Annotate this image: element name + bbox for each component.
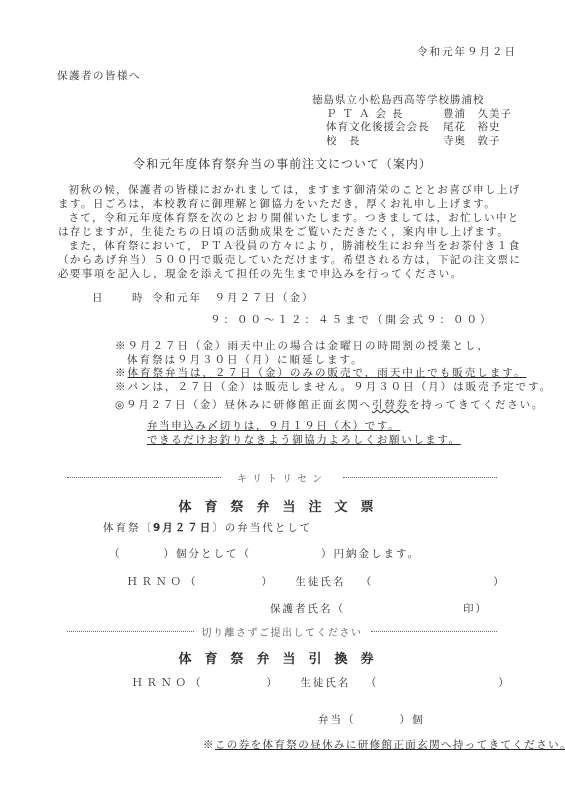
guardian-line: 保護者氏名（印） — [270, 601, 488, 616]
schedule-date: 令和元年 ９月２７日（金） — [152, 290, 315, 305]
sender-name: 豊浦 久美子 — [443, 108, 512, 122]
school-name: 徳島県立小松島西高等学校勝浦校 — [312, 94, 512, 108]
order-form-line: 体育祭〔9月２７日〕の弁当代として — [103, 520, 312, 535]
sender-role: 校 長 — [312, 135, 443, 149]
note-item: ※パンは，２７日（金）は販売しません。９月３０日（月）は販売予定です。 — [115, 381, 552, 395]
order-amount-line: （）個分として（）円納金します。 — [109, 546, 420, 561]
paragraph: また，体育祭において，ＰＴＡ役員の方々により，勝浦校生にお弁当をお茶付き１食（か… — [58, 239, 528, 281]
note-item: ※９月２７日（金）雨天中止の場合は金曜日の時間割の授業とし， — [115, 340, 552, 354]
addressee: 保護者の皆様へ — [57, 68, 141, 83]
pickup-instruction: ◎９月２７日（金）昼休みに研修館正面玄関へ引替券を持ってきてください。 — [115, 397, 544, 412]
cut-line: キリトリセン — [67, 470, 497, 485]
sender-block: 徳島県立小松島西高等学校勝浦校 ＰＴＡ会長 豊浦 久美子 体育文化後援会会長 尾… — [312, 94, 512, 148]
order-hrno-line: ＨＲＮＯ（） 生徒氏名 （） — [127, 574, 508, 589]
note-item: 体育祭は９月３０日（月）に順延します。 — [115, 354, 552, 368]
paragraph: さて，令和元年度体育祭を次のとおり開催いたします。つきましては，お忙しい中とは存… — [58, 211, 528, 239]
notes-list: ※９月２７日（金）雨天中止の場合は金曜日の時間割の授業とし， 体育祭は９月３０日… — [115, 340, 552, 394]
exchange-ticket-emphasis: 引替券 — [372, 399, 409, 411]
sender-name: 尾花 裕史 — [443, 121, 501, 135]
document-title: 令和元年度体育祭弁当の事前注文について（案内） — [0, 155, 565, 172]
exchange-ticket-title: 体育祭弁当引換券 — [0, 648, 565, 667]
sender-role: ＰＴＡ会長 — [312, 108, 443, 122]
bento-count-line: 弁当（）個 — [318, 712, 425, 727]
sender-row: 校 長 寺奥 敦子 — [312, 135, 512, 149]
deadline-notice: 弁当申込み〆切りは，９月１９日（木）です。 できるだけお釣りなきよう御協力よろし… — [147, 420, 461, 447]
body-text: 初秋の候，保護者の皆様におかれましては，ますます御清栄のこととお喜び申し上げます… — [58, 183, 528, 281]
order-form-title: 体育祭弁当注文票 — [0, 496, 565, 515]
note-item: ※体育祭弁当は，２７日（金）のみの販売で，雨天中止でも販売します。 — [115, 367, 552, 381]
ticket-note: ※この券を体育祭の昼休みに研修館正面玄関へ持ってきてください。 — [203, 737, 565, 752]
cut-line: 切り離さずご提出してください — [67, 624, 497, 639]
sender-row: ＰＴＡ会長 豊浦 久美子 — [312, 108, 512, 122]
sender-role: 体育文化後援会会長 — [312, 121, 443, 135]
paragraph: 初秋の候，保護者の皆様におかれましては，ますます御清栄のこととお喜び申し上げます… — [58, 183, 528, 211]
document-date: 令和元年９月２日 — [417, 44, 517, 59]
schedule-label: 日時 — [92, 290, 143, 305]
ticket-hrno-line: ＨＲＮＯ（） 生徒氏名 （） — [132, 675, 513, 690]
sender-name: 寺奥 敦子 — [443, 135, 501, 149]
sender-row: 体育文化後援会会長 尾花 裕史 — [312, 121, 512, 135]
schedule-time: ９：００～１２：４５まで（開会式９：００） — [210, 312, 494, 327]
